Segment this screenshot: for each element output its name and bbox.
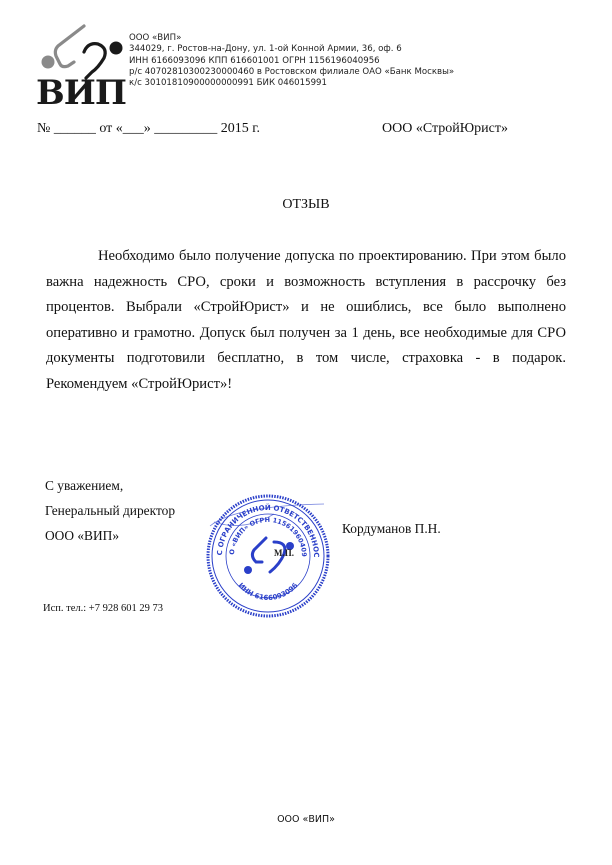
contact-phone: Исп. тел.: +7 928 601 29 73: [43, 603, 163, 614]
document-title: ОТЗЫВ: [0, 197, 612, 213]
signature-block: С уважением, Генеральный директор ООО «В…: [45, 473, 175, 548]
body-paragraph: Необходимо было получение допуска по про…: [46, 244, 566, 397]
signer-position: Генеральный директор: [45, 498, 175, 523]
company-corr-account: к/с 30101810900000000991 БИК 046015991: [129, 78, 454, 89]
company-requisites: ООО «ВИП» 344029, г. Ростов-на-Дону, ул.…: [129, 33, 454, 89]
footer-company: ООО «ВИП»: [0, 814, 612, 825]
logo-wordmark: ВИП: [36, 78, 126, 108]
letter-body: Необходимо было получение допуска по про…: [46, 244, 566, 397]
closing: С уважением,: [45, 473, 175, 498]
svg-text:ИНН 6166093096: ИНН 6166093096: [237, 581, 300, 602]
document-number-line: № ______ от «___» _________ 2015 г.: [37, 121, 260, 137]
signer-name: Кордуманов П.Н.: [342, 521, 441, 537]
company-stamp-icon: ОБЩЕСТВО С ОГРАНИЧЕННОЙ ОТВЕТСТВЕННОСТЬЮ…: [204, 492, 332, 620]
svg-text:М.П.: М.П.: [274, 548, 294, 558]
company-name: ООО «ВИП»: [129, 33, 454, 44]
company-tax-ids: ИНН 6166093096 КПП 616601001 ОГРН 115619…: [129, 56, 454, 67]
company-bank-account: р/с 40702810300230000460 в Ростовском фи…: [129, 67, 454, 78]
company-address: 344029, г. Ростов-на-Дону, ул. 1-ой Конн…: [129, 44, 454, 55]
signer-org: ООО «ВИП»: [45, 523, 175, 548]
addressee: ООО «СтройЮрист»: [382, 121, 508, 137]
